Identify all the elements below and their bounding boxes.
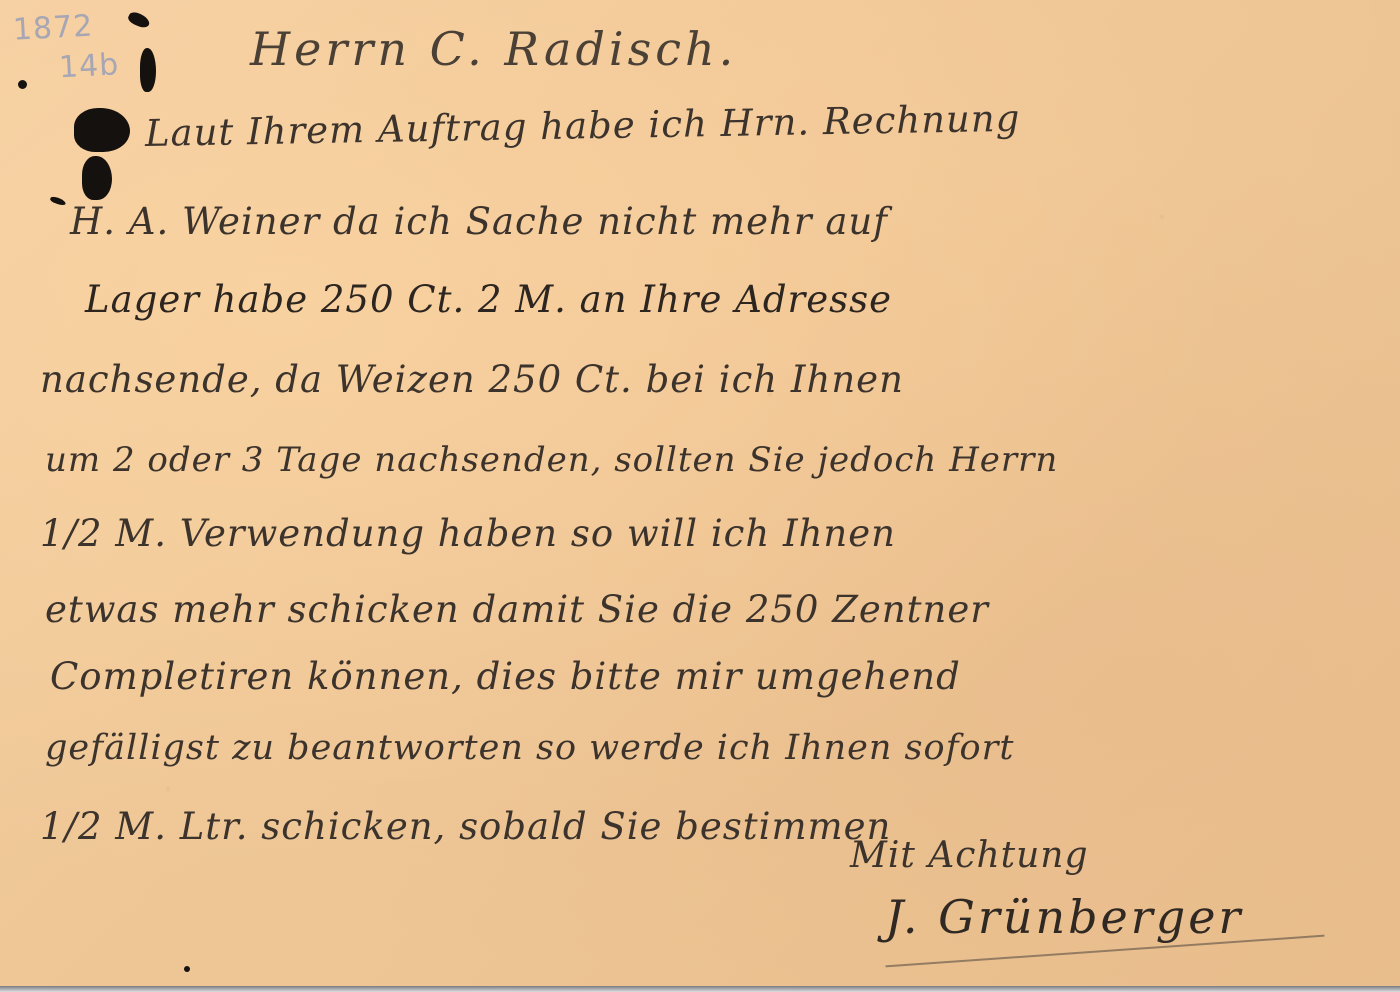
closing: Mit Achtung [850, 835, 1089, 876]
archive-note-number: 14b [58, 45, 120, 88]
body-line-1: Laut Ihrem Auftrag habe ich Hrn. Rechnun… [145, 97, 1021, 155]
body-line-8: Completiren können, dies bitte mir umgeh… [50, 655, 961, 698]
ink-blot-top [126, 10, 151, 30]
body-line-4: nachsende, da Weizen 250 Ct. bei ich Ihn… [40, 358, 904, 401]
scan-bottom-edge [0, 986, 1400, 992]
body-line-7: etwas mehr schicken damit Sie die 250 Ze… [45, 588, 989, 631]
body-line-6: 1/2 M. Verwendung haben so will ich Ihne… [40, 512, 896, 555]
body-line-3: Lager habe 250 Ct. 2 M. an Ihre Adresse [85, 278, 892, 321]
ink-blot-lower [82, 156, 112, 200]
postcard: 1872 14b Herrn C. Radisch. Laut Ihrem Au… [0, 0, 1400, 986]
ink-blot-right [140, 48, 156, 92]
body-line-2: H. A. Weiner da ich Sache nicht mehr auf [70, 200, 888, 243]
body-line-5: um 2 oder 3 Tage nachsenden, sollten Sie… [45, 440, 1058, 480]
ink-dot-bottom [184, 966, 190, 972]
signature: J. Grünberger [885, 890, 1243, 944]
ink-blot-middle [74, 108, 130, 152]
body-line-10: 1/2 M. Ltr. schicken, sobald Sie bestimm… [40, 805, 891, 848]
archive-note-year: 1872 [12, 5, 118, 50]
body-line-9: gefälligst zu beantworten so werde ich I… [45, 728, 1014, 768]
archive-pencil-note: 1872 14b [12, 5, 120, 90]
ink-dot [18, 80, 27, 89]
salutation: Herrn C. Radisch. [250, 22, 737, 76]
ink-blot-small [49, 195, 66, 206]
